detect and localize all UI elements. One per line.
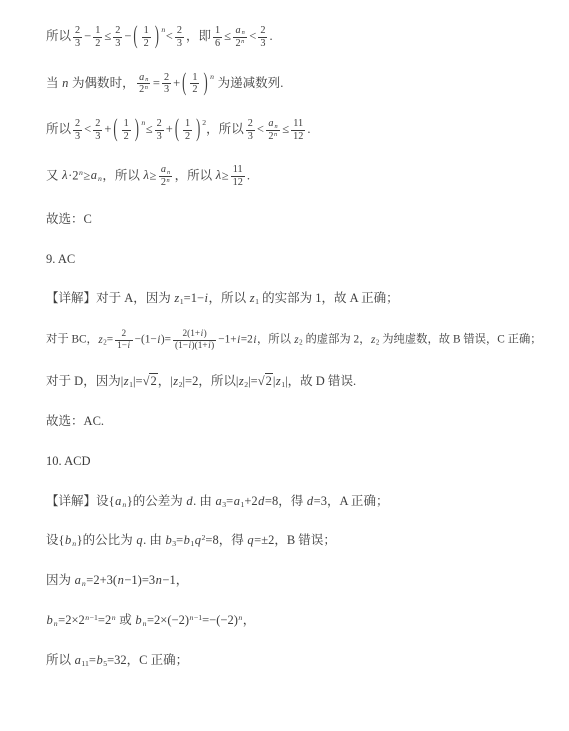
solution-line: 10. ACD <box>46 452 561 471</box>
solution-line: 【详解】设{an}的公差为 d. 由 a3=a1+2d=8，得 d=3，A 正确… <box>46 492 561 511</box>
solution-line: 对于 D，因为|z1|=√2，|z2|=2，所以|z2|=√2|z1|，故 D … <box>46 372 561 391</box>
solution-line: 所以23<23+(12)n≤23+(12)2，所以23<an2n≤1112. <box>46 117 561 143</box>
solution-line: 所以 a11=b5=32，C 正确； <box>46 651 561 670</box>
solution-line: 【详解】对于 A，因为 z1=1−i，所以 z1 的实部为 1，故 A 正确； <box>46 289 561 308</box>
document-page: 所以23−12≤23−(12)n<23，即16≤an2n<23.当 n 为偶数时… <box>0 0 569 731</box>
solution-line: 对于 BC，z2=21−i−(1−i)=2(1+i)(1−i)(1+i)−1+i… <box>46 329 561 351</box>
solution-line: 当 n 为偶数时，an2n=23+(12)n 为递减数列. <box>46 71 561 97</box>
solution-line: bn=2×2n−1=2n 或 bn=2×(−2)n−1=−(−2)n， <box>46 611 561 630</box>
solution-text-body: 所以23−12≤23−(12)n<23，即16≤an2n<23.当 n 为偶数时… <box>0 0 569 669</box>
solution-line: 所以23−12≤23−(12)n<23，即16≤an2n<23. <box>46 24 561 50</box>
solution-line: 故选：AC. <box>46 412 561 431</box>
solution-line: 设{bn}的公比为 q. 由 b3=b1q2=8，得 q=±2，B 错误； <box>46 531 561 550</box>
solution-line: 故选：C <box>46 210 561 229</box>
solution-line: 9. AC <box>46 250 561 269</box>
solution-line: 又 λ·2n≥an，所以 λ≥an2n，所以 λ≥1112. <box>46 164 561 189</box>
solution-line: 因为 an=2+3(n−1)=3n−1， <box>46 571 561 590</box>
